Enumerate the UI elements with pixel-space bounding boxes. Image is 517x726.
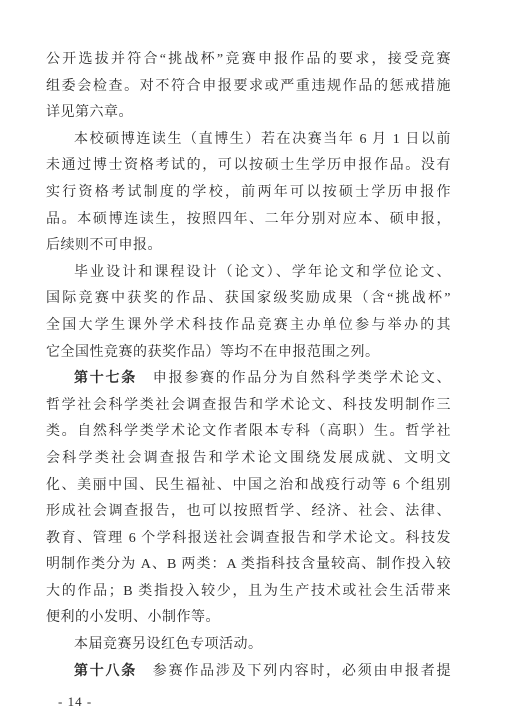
text-line: 全国大学生课外学术科技作品竞赛主办单位参与举办的其	[46, 313, 451, 340]
text-line: 实行资格考试制度的学校，前两年可以按硕士学历申报作	[46, 180, 451, 207]
text-line: 国际竞赛中获奖的作品、获国家级奖励成果（含“挑战杯”	[46, 286, 451, 313]
text-line: 明制作类分为 A、B 两类：A 类指科技含量较高、制作投入较	[46, 552, 451, 579]
line-text: 组委会检查。对不符合申报要求或严重违规作品的惩戒措施	[46, 79, 451, 94]
text-line: 化、美丽中国、民生福祉、中国之治和战疫行动等 6 个组别	[46, 473, 451, 500]
line-text: 公开选拔并符合“挑战杯”竞赛申报作品的要求，接受竞赛	[46, 52, 451, 67]
text-line: 品。本硕博连读生，按照四年、二年分别对应本、硕申报，	[46, 207, 451, 234]
text-line: 会科学类社会调查报告和学术论文围绕发展成就、文明文	[46, 446, 451, 473]
line-text: 品。本硕博连读生，按照四年、二年分别对应本、硕申报，	[46, 212, 451, 227]
text-line: 第十七条 申报参赛的作品分为自然科学类学术论文、	[46, 366, 451, 393]
line-text: 实行资格考试制度的学校，前两年可以按硕士学历申报作	[46, 185, 451, 200]
text-line: 本校硕博连读生（直博生）若在决赛当年 6 月 1 日以前	[46, 127, 451, 154]
text-line: 形成社会调查报告，也可以按照哲学、经济、社会、法律、	[46, 499, 451, 526]
line-text: 国际竞赛中获奖的作品、获国家级奖励成果（含“挑战杯”	[46, 291, 451, 306]
text-line: 本届竞赛另设红色专项活动。	[46, 632, 451, 659]
document-body: 公开选拔并符合“挑战杯”竞赛申报作品的要求，接受竞赛组委会检查。对不符合申报要求…	[46, 47, 451, 685]
line-text: 本届竞赛另设红色专项活动。	[74, 637, 263, 652]
document-page: 公开选拔并符合“挑战杯”竞赛申报作品的要求，接受竞赛组委会检查。对不符合申报要求…	[0, 0, 517, 726]
text-line: 公开选拔并符合“挑战杯”竞赛申报作品的要求，接受竞赛	[46, 47, 451, 74]
line-text: 毕业设计和课程设计（论文）、学年论文和学位论文、	[74, 265, 451, 280]
line-text: 便利的小发明、小制作等。	[46, 610, 220, 625]
line-text: 教育、管理 6 个学科报送社会调查报告和学术论文。科技发	[46, 531, 451, 546]
line-text: 形成社会调查报告，也可以按照哲学、经济、社会、法律、	[46, 504, 451, 519]
line-text: 详见第六章。	[46, 105, 133, 120]
text-line: 它全国性竞赛的获奖作品）等均不在申报范围之列。	[46, 340, 451, 367]
article-number: 第十七条	[74, 371, 137, 386]
line-text: 明制作类分为 A、B 两类：A 类指科技含量较高、制作投入较	[46, 557, 451, 572]
line-text: 它全国性竞赛的获奖作品）等均不在申报范围之列。	[46, 345, 380, 360]
text-line: 便利的小发明、小制作等。	[46, 605, 451, 632]
line-text: 类。自然科学类学术论文作者限本专科（高职）生。哲学社	[46, 424, 451, 439]
text-line: 后续则不可申报。	[46, 233, 451, 260]
text-line: 第十八条 参赛作品涉及下列内容时，必须由申报者提	[46, 659, 451, 686]
text-line: 组委会检查。对不符合申报要求或严重违规作品的惩戒措施	[46, 74, 451, 101]
line-text: 全国大学生课外学术科技作品竞赛主办单位参与举办的其	[46, 318, 451, 333]
page-number: - 14 -	[58, 694, 92, 710]
line-text: 参赛作品涉及下列内容时，必须由申报者提	[137, 664, 451, 679]
line-text: 未通过博士资格考试的，可以按硕士生学历申报作品。没有	[46, 158, 451, 173]
line-text: 大的作品；B 类指投入较少，且为生产技术或社会生活带来	[46, 584, 451, 599]
text-line: 详见第六章。	[46, 100, 451, 127]
text-line: 未通过博士资格考试的，可以按硕士生学历申报作品。没有	[46, 153, 451, 180]
text-line: 大的作品；B 类指投入较少，且为生产技术或社会生活带来	[46, 579, 451, 606]
line-text: 哲学社会科学类社会调查报告和学术论文、科技发明制作三	[46, 398, 451, 413]
line-text: 后续则不可申报。	[46, 238, 162, 253]
line-text: 本校硕博连读生（直博生）若在决赛当年 6 月 1 日以前	[74, 132, 451, 147]
line-text: 化、美丽中国、民生福祉、中国之治和战疫行动等 6 个组别	[46, 478, 451, 493]
text-line: 哲学社会科学类社会调查报告和学术论文、科技发明制作三	[46, 393, 451, 420]
article-number: 第十八条	[74, 664, 137, 679]
text-line: 教育、管理 6 个学科报送社会调查报告和学术论文。科技发	[46, 526, 451, 553]
line-text: 申报参赛的作品分为自然科学类学术论文、	[137, 371, 451, 386]
text-line: 毕业设计和课程设计（论文）、学年论文和学位论文、	[46, 260, 451, 287]
text-line: 类。自然科学类学术论文作者限本专科（高职）生。哲学社	[46, 419, 451, 446]
line-text: 会科学类社会调查报告和学术论文围绕发展成就、文明文	[46, 451, 451, 466]
